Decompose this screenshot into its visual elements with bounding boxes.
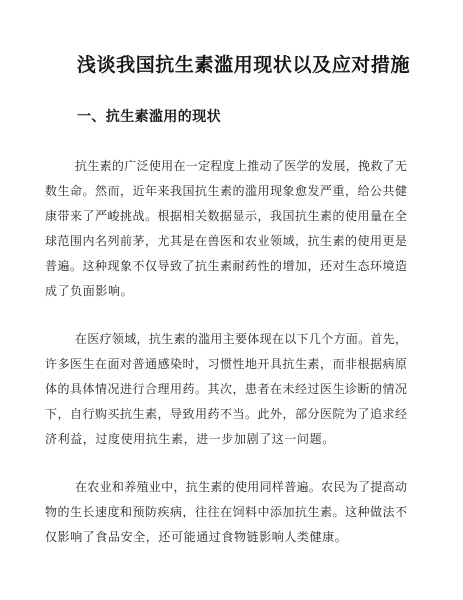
paragraph-line: 下，自行购买抗生素，导致用药不当。此外，部分医院为了追求经: [45, 402, 407, 427]
paragraph-line: 在医疗领域，抗生素的滥用主要体现在以下几个方面。首先，: [45, 327, 407, 352]
paragraph-line: 在农业和养殖业中，抗生素的使用同样普遍。农民为了提高动: [45, 475, 407, 500]
paragraph-line: 康带来了严峻挑战。根据相关数据显示，我国抗生素的使用量在全: [45, 204, 407, 229]
paragraph-line: 许多医生在面对普通感染时，习惯性地开具抗生素，而非根据病原: [45, 352, 407, 377]
paragraph: 在医疗领域，抗生素的滥用主要体现在以下几个方面。首先，许多医生在面对普通感染时，…: [45, 327, 407, 452]
document-page: 浅谈我国抗生素滥用现状以及应对措施 一、抗生素滥用的现状 抗生素的广泛使用在一定…: [0, 0, 463, 600]
section-heading: 一、抗生素滥用的现状: [45, 107, 407, 125]
paragraph-line: 体的具体情况进行合理用药。其次，患者在未经过医生诊断的情况: [45, 377, 407, 402]
paragraph-line: 数生命。然而，近年来我国抗生素的滥用现象愈发严重，给公共健: [45, 179, 407, 204]
paragraph-line: 物的生长速度和预防疾病，往往在饲料中添加抗生素。这种做法不: [45, 500, 407, 525]
document-title: 浅谈我国抗生素滥用现状以及应对措施: [0, 52, 463, 80]
paragraph: 抗生素的广泛使用在一定程度上推动了医学的发展，挽救了无数生命。然而，近年来我国抗…: [45, 154, 407, 304]
paragraph-line: 成了负面影响。: [45, 279, 407, 304]
paragraph-line: 抗生素的广泛使用在一定程度上推动了医学的发展，挽救了无: [45, 154, 407, 179]
paragraph-line: 济利益，过度使用抗生素，进一步加剧了这一问题。: [45, 427, 407, 452]
paragraph-line: 球范围内名列前茅，尤其是在兽医和农业领域，抗生素的使用更是: [45, 229, 407, 254]
document-body: 抗生素的广泛使用在一定程度上推动了医学的发展，挽救了无数生命。然而，近年来我国抗…: [45, 154, 407, 550]
paragraph-line: 普遍。这种现象不仅导致了抗生素耐药性的增加，还对生态环境造: [45, 254, 407, 279]
paragraph-line: 仅影响了食品安全，还可能通过食物链影响人类健康。: [45, 525, 407, 550]
paragraph: 在农业和养殖业中，抗生素的使用同样普遍。农民为了提高动物的生长速度和预防疾病，往…: [45, 475, 407, 550]
